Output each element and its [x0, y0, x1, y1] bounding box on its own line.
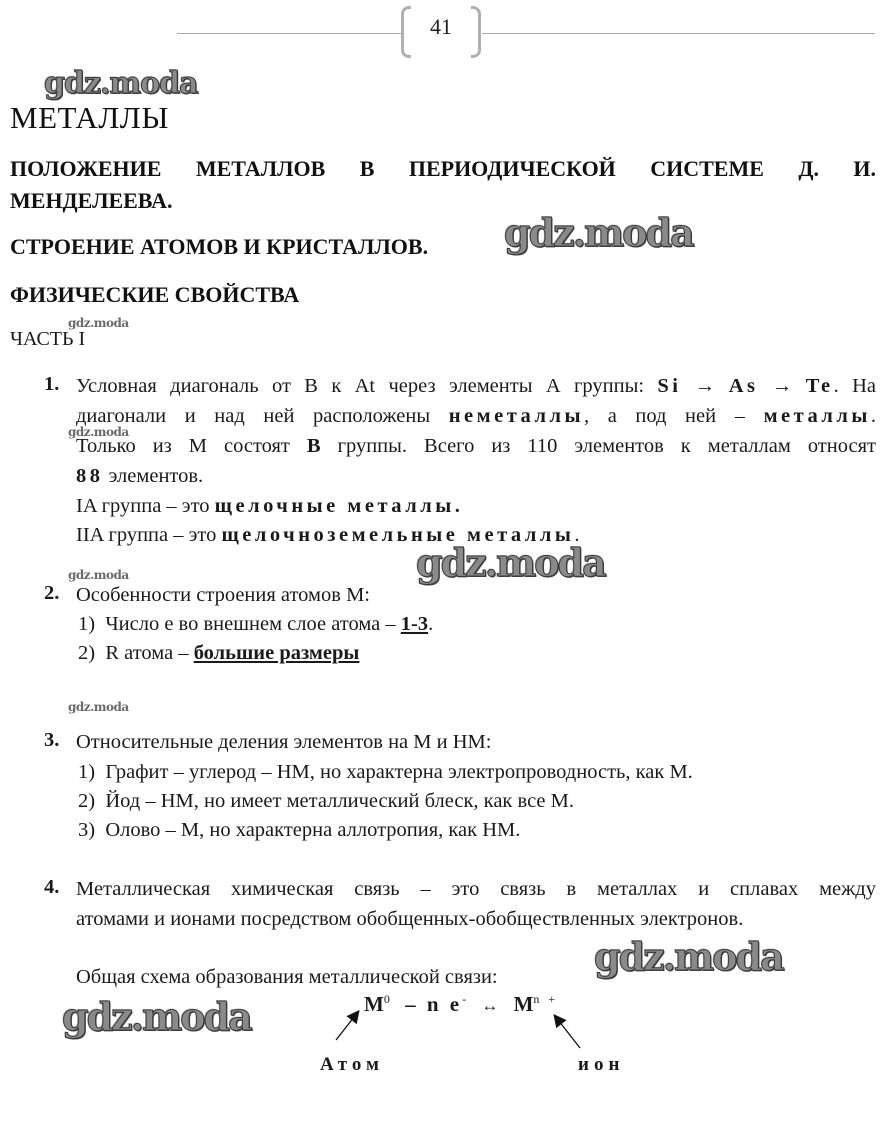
watermark: gdz.moda [68, 700, 129, 714]
q2-title: Особенности строения атомов М: [76, 580, 370, 610]
q1-text: IIA группа – это [76, 524, 222, 546]
q1-text: элементов. [104, 465, 204, 487]
element-te: Te [806, 375, 834, 397]
item-text: . [428, 613, 433, 635]
item-number: 2) [78, 642, 95, 664]
answer-electrons: 1-3 [401, 613, 428, 635]
header-rule-left [177, 33, 402, 34]
page-number-bracket-left [401, 6, 411, 58]
q1-text: , а под ней – [584, 405, 764, 427]
item-text: Число е во внешнем слое атома – [105, 613, 400, 635]
item-number: 3) [78, 819, 95, 841]
item-number: 1) [78, 761, 95, 783]
label-atom: Атом [320, 1054, 384, 1076]
q1-text: группы. Всего из 110 элементов к металла… [321, 435, 876, 457]
q3-item: 3) Олово – М, но характерна аллотропия, … [78, 815, 520, 845]
item-text: R атома – [105, 642, 193, 664]
question-number: 3. [44, 729, 59, 752]
page-title: МЕТАЛЛЫ [10, 100, 169, 136]
answer-metals: металлы [764, 405, 871, 427]
section-heading: СТРОЕНИЕ АТОМОВ И КРИСТАЛЛОВ. [10, 234, 428, 260]
q1-line: Только из М состоят B группы. Всего из 1… [76, 431, 876, 461]
element-si: Si [657, 375, 681, 397]
page-number-bracket-right [471, 6, 481, 58]
item-text: Йод – НМ, но имеет металлический блеск, … [105, 790, 574, 812]
q1-text: Условная диагональ от В к At через элеме… [76, 375, 657, 397]
item-number: 1) [78, 613, 95, 635]
section-heading: ФИЗИЧЕСКИЕ СВОЙСТВА [10, 282, 299, 308]
answer-group-b: B [307, 435, 321, 457]
q2-item: 1) Число е во внешнем слое атома – 1-3. [78, 609, 433, 639]
q1-text: диагонали и над ней расположены [76, 405, 449, 427]
answer-alkaline-earth-metals: щелочноземельные металлы [222, 524, 575, 546]
q1-text: . На [834, 375, 876, 397]
element-as: As [729, 375, 759, 397]
q2-item: 2) R атома – большие размеры [78, 638, 359, 668]
watermark: gdz.moda [62, 994, 251, 1039]
answer-88: 88 [76, 465, 104, 487]
q4-line: атомами и ионами посредством обобщенных-… [76, 904, 743, 934]
q1-text: Только из М состоят [76, 435, 307, 457]
q3-title: Относительные деления элементов на М и Н… [76, 727, 491, 757]
label-ion: ион [578, 1054, 624, 1076]
q1-text: . [871, 405, 876, 427]
question-number: 4. [44, 876, 59, 899]
q1-line: IIA группа – это щелочноземельные металл… [76, 520, 579, 550]
q1-line: Условная диагональ от В к At через элеме… [76, 371, 876, 401]
page-number: 41 [411, 14, 471, 40]
item-text: Олово – М, но характерна аллотропия, как… [105, 819, 520, 841]
watermark: gdz.moda [504, 210, 693, 255]
watermark: gdz.moda [594, 934, 783, 979]
q4-line: Металлическая химическая связь – это свя… [76, 874, 876, 904]
section-heading: МЕНДЕЛЕЕВА. [10, 188, 173, 214]
q1-line: 88 элементов. [76, 461, 203, 491]
q1-text: IA группа – это [76, 495, 215, 517]
item-number: 2) [78, 790, 95, 812]
item-text: Графит – углерод – НМ, но характерна эле… [105, 761, 692, 783]
arrow-icon: → [759, 375, 806, 397]
arrow-to-atom-icon [336, 1012, 358, 1040]
q1-line: IA группа – это щелочные металлы. [76, 491, 463, 521]
q3-item: 2) Йод – НМ, но имеет металлический блес… [78, 786, 574, 816]
q1-text: . [574, 524, 579, 546]
arrow-to-ion-icon [555, 1016, 580, 1048]
scheme-label: Общая схема образования металлической св… [76, 962, 498, 992]
question-number: 2. [44, 582, 59, 605]
answer-radius: большие размеры [194, 642, 360, 664]
q1-line: диагонали и над ней расположены неметалл… [76, 401, 876, 431]
section-heading: ПОЛОЖЕНИЕ МЕТАЛЛОВ В ПЕРИОДИЧЕСКОЙ СИСТЕ… [10, 156, 876, 182]
pointer-arrows [330, 1000, 590, 1060]
answer-nonmetals: неметаллы [449, 405, 584, 427]
part-label: ЧАСТЬ I [10, 328, 85, 351]
arrow-icon: → [682, 375, 729, 397]
watermark: gdz.moda [44, 66, 198, 101]
q3-item: 1) Графит – углерод – НМ, но характерна … [78, 757, 693, 787]
answer-alkali-metals: щелочные металлы. [215, 495, 464, 517]
question-number: 1. [44, 373, 59, 396]
header-rule-right [482, 33, 875, 34]
